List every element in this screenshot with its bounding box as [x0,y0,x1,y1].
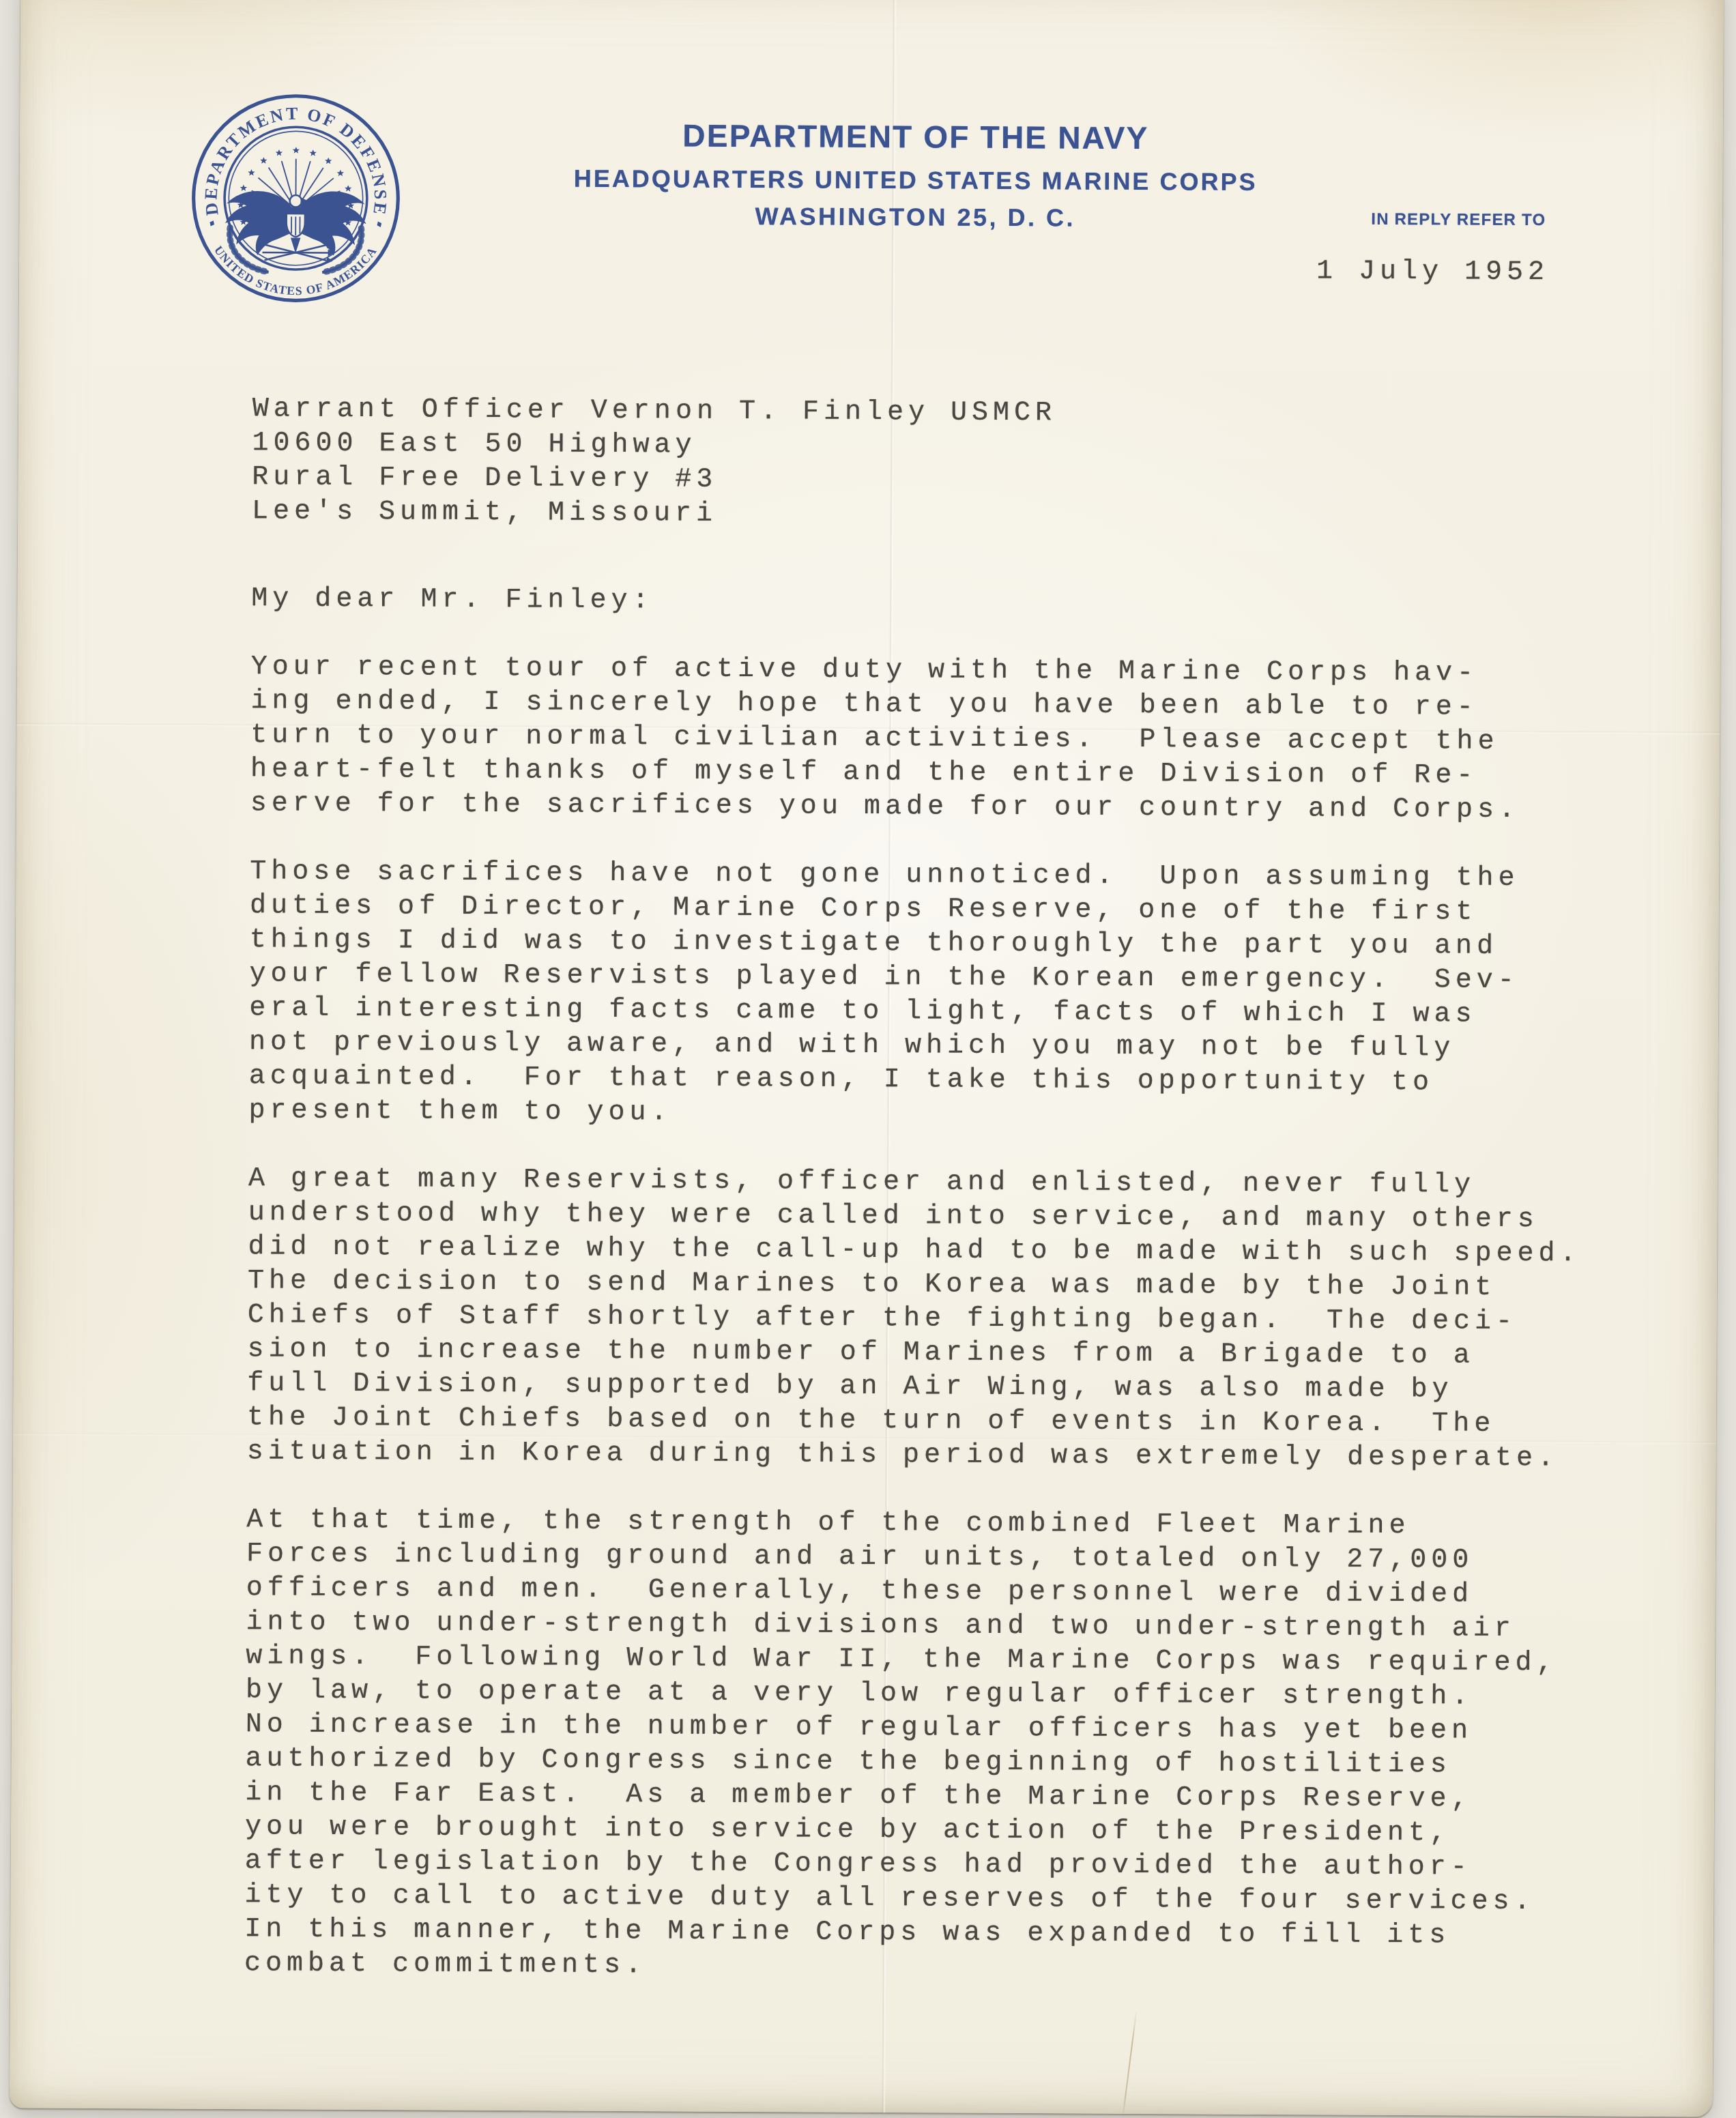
department-of-defense-seal-icon: DEPARTMENT OF DEFENSE UNITED STATES OF A… [190,92,403,305]
body-paragraph-3: A great many Reservists, officer and enl… [247,1162,1582,1476]
letterhead-headquarters: HEADQUARTERS UNITED STATES MARINE CORPS [421,164,1410,197]
body-paragraph-4: At that time, the strength of the combin… [244,1503,1559,1988]
letterhead-department: DEPARTMENT OF THE NAVY [421,117,1410,157]
salutation: My dear Mr. Finley: [251,582,653,618]
seal-eagle [225,191,366,273]
letterhead: DEPARTMENT OF THE NAVY HEADQUARTERS UNIT… [420,117,1410,234]
letter-date: 1 July 1952 [1316,255,1549,290]
body-paragraph-1: Your recent tour of active duty with the… [250,650,1521,828]
in-reply-refer-to-label: IN REPLY REFER TO [1371,210,1546,230]
seal-separator-left [208,220,216,227]
body-paragraph-2: Those sacrifices have not gone unnoticed… [248,855,1519,1135]
recipient-address: Warrant Officer Vernon T. Finley USMCR 1… [252,392,1056,533]
letter-page: DEPARTMENT OF DEFENSE UNITED STATES OF A… [10,0,1724,2117]
paper-scratch [1122,2011,1137,2118]
seal-separator-right [376,220,383,228]
letterhead-city: WASHINGTON 25, D. C. [420,201,1410,234]
